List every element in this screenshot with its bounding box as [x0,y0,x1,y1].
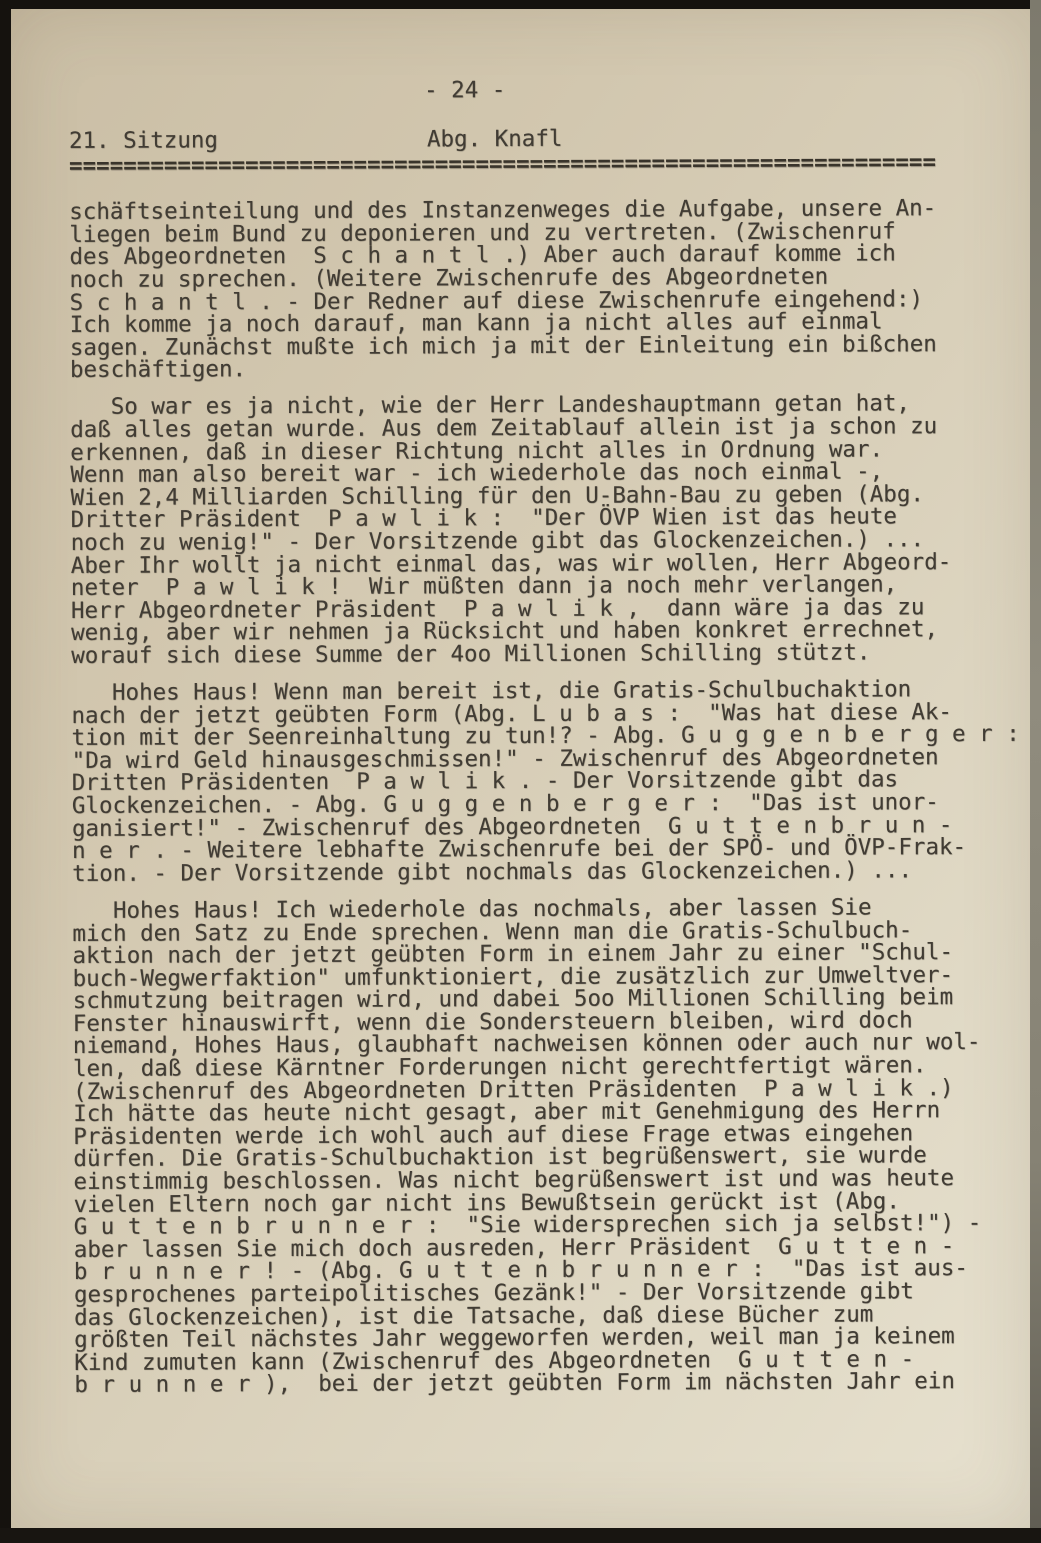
document-page: - 24 - 21. Sitzung Abg. Knafl ==========… [11,9,1030,1528]
page-content: - 24 - 21. Sitzung Abg. Knafl ==========… [8,7,1034,1530]
paragraph: So war es ja nicht, wie der Herr Landesh… [70,392,1030,667]
header-separator-line: ========================================… [69,150,1028,177]
paragraph: Hohes Haus! Wenn man bereit ist, die Gra… [71,678,1031,886]
scanner-edge-bottom [0,1528,1041,1543]
speech-text: schäftseinteilung und des Instanzenweges… [69,197,1033,1397]
paragraph: Hohes Haus! Ich wiederhole das nochmals,… [72,896,1033,1397]
page-number: - 24 - [33,77,897,103]
session-title: 21. Sitzung [69,127,218,154]
paragraph: schäftseinteilung und des Instanzenweges… [69,197,1029,382]
speaker-name: Abg. Knafl [427,127,563,150]
page-header: 21. Sitzung Abg. Knafl [69,125,1028,152]
